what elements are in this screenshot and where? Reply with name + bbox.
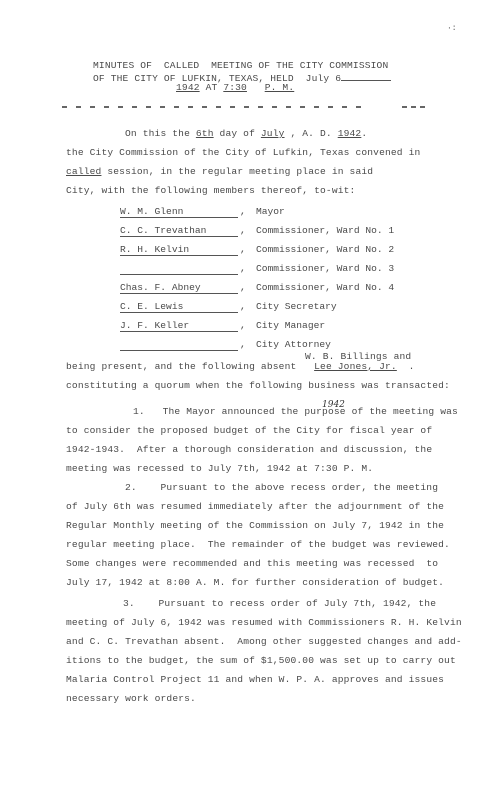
member-name: W. M. Glenn	[120, 206, 238, 218]
paragraph-3-line-5: Malaria Control Project 11 and when W. P…	[66, 674, 444, 686]
paragraph-2-line-4: regular meeting place. The remainder of …	[66, 539, 450, 551]
comma: ,	[240, 206, 246, 217]
header-ampm: P. M.	[265, 82, 295, 93]
paragraph-3-line-6: necessary work orders.	[66, 693, 196, 705]
dashed-divider-end	[402, 106, 426, 108]
member-role: Commissioner, Ward No. 2	[256, 244, 394, 255]
member-name: C. E. Lewis	[120, 301, 238, 313]
paragraph-2-line-5: Some changes were recommended and this m…	[66, 558, 438, 570]
member-role: City Manager	[256, 320, 325, 331]
comma: ,	[240, 301, 246, 312]
paragraph-1-line-4: meeting was recessed to July 7th, 1942 a…	[66, 463, 373, 475]
paragraph-number: 3.	[123, 598, 135, 609]
comma: ,	[240, 282, 246, 293]
text: Pursuant to recess order of July 7th, 19…	[158, 598, 436, 609]
member-name: R. H. Kelvin	[120, 244, 238, 256]
text: The Mayor announced the purpose of the m…	[163, 406, 458, 417]
meeting-month: July	[261, 128, 285, 139]
member-name	[120, 339, 238, 351]
paragraph-2-line-2: of July 6th was resumed immediately afte…	[66, 501, 444, 513]
comma: ,	[240, 320, 246, 331]
member-role: City Attorney	[256, 339, 331, 350]
header-at: AT	[206, 82, 218, 93]
opening-line-2: the City Commission of the City of Lufki…	[66, 147, 420, 159]
paragraph-number: 1.	[133, 406, 145, 417]
paragraph-3-line-1: 3. Pursuant to recess order of July 7th,…	[123, 598, 436, 610]
text: being present, and the following absent	[66, 361, 302, 372]
paragraph-3-line-2: meeting of July 6, 1942 was resumed with…	[66, 617, 462, 629]
comma: ,	[240, 263, 246, 274]
opening-line-4: City, with the following members thereof…	[66, 185, 355, 197]
scanned-document-page: ·: MINUTES OF CALLED MEETING OF THE CITY…	[0, 0, 490, 800]
header-line-3: 1942 AT 7:30 P. M.	[176, 82, 294, 94]
member-role: Mayor	[256, 206, 285, 217]
text: , A. D.	[285, 128, 338, 139]
member-name: J. F. Keller	[120, 320, 238, 332]
dashed-divider	[62, 106, 362, 108]
text: .	[361, 128, 367, 139]
header-time: 7:30	[223, 82, 247, 93]
opening-line-3: called session, in the regular meeting p…	[66, 166, 373, 178]
member-name	[120, 263, 238, 275]
paragraph-2-line-3: Regular Monthly meeting of the Commissio…	[66, 520, 444, 532]
blank	[341, 71, 391, 81]
comma: ,	[240, 339, 246, 350]
paragraph-1-line-3: 1942-1943. After a thorough consideratio…	[66, 444, 432, 456]
opening-line-1: On this the 6th day of July , A. D. 1942…	[125, 128, 367, 140]
paragraph-1-line-2: to consider the proposed budget of the C…	[66, 425, 432, 437]
corner-mark: ·:	[447, 24, 457, 33]
session-type: called	[66, 166, 101, 177]
paragraph-3-line-4: itions to the budget, the sum of $1,500.…	[66, 655, 456, 667]
text: day of	[214, 128, 261, 139]
member-role: Commissioner, Ward No. 1	[256, 225, 394, 236]
paragraph-number: 2.	[125, 482, 137, 493]
member-role: Commissioner, Ward No. 4	[256, 282, 394, 293]
paragraph-2-line-1: 2. Pursuant to the above recess order, t…	[125, 482, 438, 494]
member-name: Chas. F. Abney	[120, 282, 238, 294]
paragraph-3-line-3: and C. C. Trevathan absent. Among other …	[66, 636, 462, 648]
member-role: City Secretary	[256, 301, 337, 312]
text: On this the	[125, 128, 196, 139]
paragraph-1-line-1: 1. The Mayor announced the purpose of th…	[133, 406, 458, 418]
header-year: 1942	[176, 82, 200, 93]
comma: ,	[240, 244, 246, 255]
absent-names-line-2: Lee Jones, Jr.	[314, 361, 397, 372]
comma: ,	[240, 225, 246, 236]
absent-line: being present, and the following absent …	[66, 361, 415, 373]
member-role: Commissioner, Ward No. 3	[256, 263, 394, 274]
paragraph-2-line-6: July 17, 1942 at 8:00 A. M. for further …	[66, 577, 444, 589]
quorum-line: constituting a quorum when the following…	[66, 380, 450, 392]
meeting-day: 6th	[196, 128, 214, 139]
member-name: C. C. Trevathan	[120, 225, 238, 237]
text: Pursuant to the above recess order, the …	[160, 482, 438, 493]
meeting-year: 1942	[338, 128, 362, 139]
text: session, in the regular meeting place in…	[101, 166, 373, 177]
